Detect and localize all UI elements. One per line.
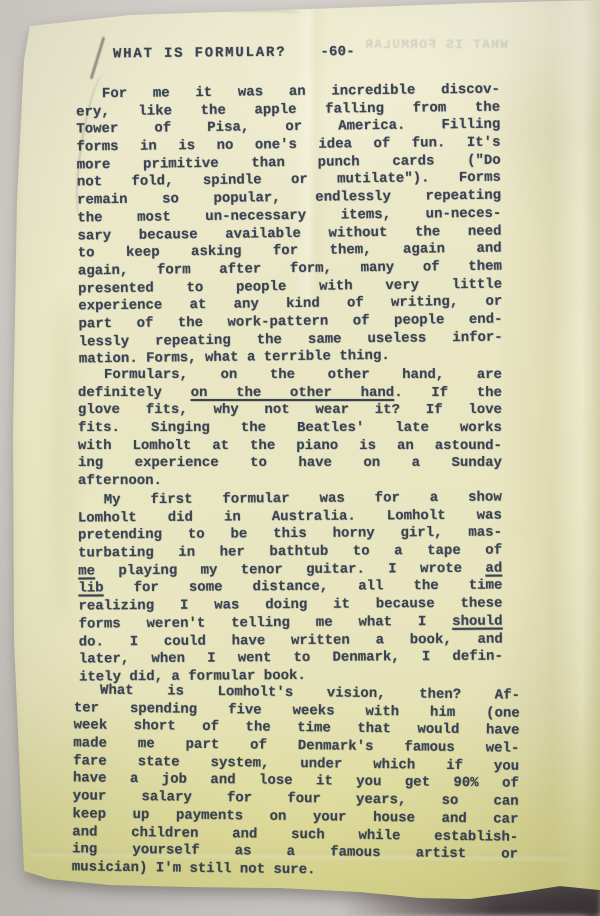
text-line: afternoon. [78, 473, 502, 491]
text-line: ing experience to have on a Sunday [78, 455, 502, 473]
paper-wrap: WHAT IS FORMULAR WHAT IS FORMULAR? -60- … [0, 0, 600, 916]
page-number: -60- [320, 44, 355, 60]
text-line: fits. Singing the Beatles' late works [78, 420, 502, 438]
body-text: For me it was an incredible discov-ery, … [77, 83, 503, 880]
text-line: definitely on the other hand. If the [78, 385, 502, 403]
paragraph: My first formular was for a showLomholt … [78, 489, 503, 687]
page-title: WHAT IS FORMULAR? [113, 45, 287, 63]
paper-sheet: WHAT IS FORMULAR WHAT IS FORMULAR? -60- … [0, 0, 600, 916]
underlined-text: lib [78, 581, 103, 597]
paragraph: What is Lomholt's vision, then? Af-ter s… [72, 683, 520, 883]
underlined-text: should [452, 613, 503, 629]
paragraph: For me it was an incredible discov-ery, … [76, 82, 503, 370]
document-photo: WHAT IS FORMULAR WHAT IS FORMULAR? -60- … [0, 0, 600, 916]
text-line: with Lomholt at the piano is an astound- [78, 438, 502, 456]
text-line: forms weren't telling me what I should [79, 613, 503, 634]
text-line: Formulars, on the other hand, are [78, 367, 502, 385]
text-line: glove fits, why not wear it? If love [78, 402, 502, 420]
page-header: WHAT IS FORMULAR? -60- [113, 44, 355, 62]
paragraph: Formulars, on the other hand, aredefinit… [78, 367, 502, 491]
typewritten-text: WHAT IS FORMULAR? -60- For me it was an … [0, 0, 600, 916]
text-line: later, when I went to Denmark, I defin- [79, 649, 503, 670]
text-line: My first formular was for a show [78, 489, 502, 510]
underlined-text: on the other hand [191, 385, 395, 401]
underlined-text: me [78, 563, 95, 579]
underlined-text: ad [485, 560, 502, 576]
